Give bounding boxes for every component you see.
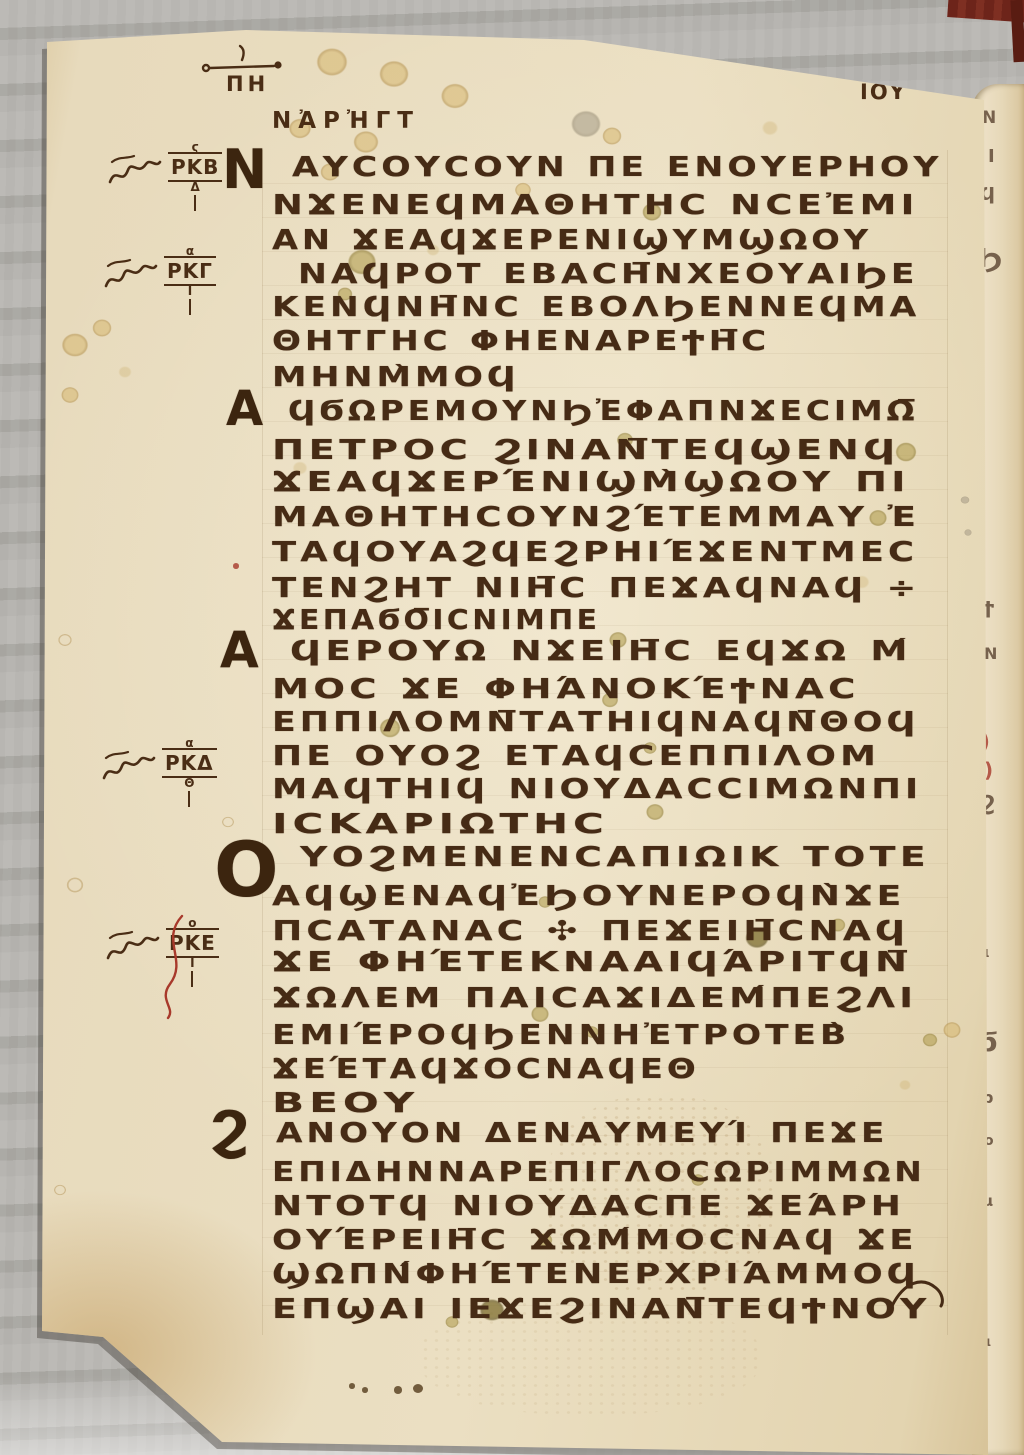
stain <box>394 1386 402 1393</box>
stain <box>57 329 93 361</box>
stain <box>52 1183 68 1197</box>
arabic-gloss-icon <box>100 746 158 792</box>
stain <box>349 1383 355 1388</box>
canon-letter-above: ϛ <box>168 142 222 152</box>
canon-letter-above: α <box>162 738 217 748</box>
manuscript-photo: ΝΙϤϦϮΝ))ϨιϬρομι ΠΗ ΝἈΡἨΓΤ ΙΟΥ ΝΑΑΟϨ ΑΥϹΟ… <box>0 0 1024 1455</box>
stain <box>374 56 414 92</box>
page-text-line: ΤΕΝϨΗΤ ΝΙΗ̅Ϲ ΠΕϪΑϤΝΑϤ ÷ <box>272 575 920 602</box>
stain <box>566 106 606 142</box>
note-tail <box>194 195 196 211</box>
stain <box>56 632 74 648</box>
section-number: αΡΚΔΘ <box>162 738 217 807</box>
page-text-line: ΚΕΝϤΝΗ̅ΝϹ ΕΒΟΛϦΕΝΝΕϤΜΑ <box>272 294 920 321</box>
margin-note: οΡΚΕΙ <box>104 918 219 987</box>
red-flourish-icon <box>152 912 192 1022</box>
page-text-line: ΕΠΙΔΗΝΝΑΡΕΠΙΓΛΟϹΩΡΙΜΜΩΝ <box>272 1159 926 1186</box>
note-tail <box>189 299 191 315</box>
page-text-line: ΜΑΘΗΤΗϹΟΥΝϨΈΤΕΜΜΑΥ Ἐ <box>272 504 920 531</box>
page-text-line: ΜΑϤΤΗΙϤ ΝΙΟΥΔΑϹϹΙΜΩΝΠΙ <box>272 776 922 803</box>
page-text-line: ΤΑϤΟΥΑϨϤΕϨΡΗΙΈϪΕΝΤΜΕϹ <box>272 539 918 566</box>
stain <box>413 1384 423 1393</box>
next-folio-glyph: Ι <box>988 148 995 166</box>
stain <box>759 118 781 138</box>
stain <box>311 43 353 81</box>
initial-letter: Ο <box>214 836 279 904</box>
page-text-line: ΕΠΠΙΛΟΜΝ̅ΤΑΤΗΙϤΝΑϤΝ̅ΘΟϤ <box>272 709 920 736</box>
stain <box>64 875 86 895</box>
page-text-line: ΑϤϢΕΝΑϤἘϦΟΥΝΕΡΟϤΝ̀ϪΕ <box>272 883 906 910</box>
page-text-line: ΕΜΙΈΡΟϤϦΕΝΝΗἘΤΡΟΤΕΒ̀ <box>272 1022 850 1049</box>
page-text-line: ϤΕΡΟΥΩ ΝϪΕΙΗ̅Ϲ ΕϤϪΩ Μ́ <box>290 638 912 665</box>
next-folio-glyph: Ν <box>984 646 997 662</box>
page-text-line: ΑΝΟΥΟΝ ΔΕΝΑΥΜΕΥΊ ΠΕϪΕ <box>276 1120 888 1147</box>
page-text-line: ΠΕ ΟΥΟϨ ΕΤΑϤϹΕΠΠΙΛΟΜ <box>272 743 880 770</box>
running-title: ΝἈΡἨΓΤ <box>272 110 420 133</box>
canon-letter-below: Δ <box>168 182 222 192</box>
page-text-line: ΕΠϢΑΙ ΙΕϪΕϨΙΝΑΝ̅ΤΕϤϮΝΟΥ <box>272 1296 931 1323</box>
manuscript-page: ΠΗ ΝἈΡἨΓΤ ΙΟΥ ΝΑΑΟϨ ΑΥϹΟΥϹΟΥΝ ΠΕ ΕΝΟΥΕΡΗ… <box>0 0 1024 1455</box>
stain <box>58 384 82 406</box>
page-text-line: ΝΑϤΡΟΤ ΕΒΑϹΗ̅ΝΧΕΟΥΑΙϦΕ <box>298 261 918 288</box>
initial-letter: Ϩ <box>210 1108 248 1155</box>
stain <box>599 124 625 147</box>
page-text-line: ΒΕΟΥ <box>272 1090 419 1117</box>
margin-note: ϛΡΚΒΔ <box>106 142 222 211</box>
note-tail <box>188 791 190 807</box>
page-text-line: ΑΝ ϪΕΑϤϪΕΡΕΝΙϢΥΜϢΩΟΥ <box>272 227 872 254</box>
initial-letter: Α <box>220 628 259 673</box>
line-end-flourish-icon <box>890 1274 948 1312</box>
page-text-line: ϪΕΈΤΑϤϪΟϹΝΑϤΕΘ <box>272 1056 700 1083</box>
page-text-line: ΜΟϹ ϪΕ ΦΗΆΝΟΚΈϮΝΑϹ <box>272 676 860 703</box>
page-text-line: ϪΕΑϤϪΕΡΈΝΙϢΜ̀ϢΩΟΥ ΠΙ <box>272 469 910 496</box>
page-text-line: ϢΩΠΝ́ΦΗΈΤΕΝΕΡΧΡΙΆΜΜΟϤ <box>272 1261 920 1288</box>
canon-letter-below: Ι <box>164 286 216 296</box>
margin-note: αΡΚΓΙ <box>102 246 216 315</box>
page-text-line: ϪΕ ΦΗΈΤΕΚΝΑΑΙϤΆΡΙΤϤΝ̅ <box>272 949 911 976</box>
initial-letter: Α <box>226 388 263 431</box>
initial-letter: Ν <box>222 146 267 195</box>
arabic-gloss-icon <box>102 254 160 300</box>
page-text-line: ΘΗΤΓΗϹ ΦΗΕΝΑΡΕϮΗ̅Ϲ <box>272 328 770 355</box>
page-text-line: ΝϪΕΝΕϤΜΑΘΗΤΗϹ ΝϹΕἘΜΙ <box>272 192 919 219</box>
page-text-line: ΑΥϹΟΥϹΟΥΝ ΠΕ ΕΝΟΥΕΡΗΟΥ <box>292 154 942 181</box>
canon-letter-below: Θ <box>162 778 217 788</box>
stain <box>963 528 973 537</box>
page-text-line: ΠΕΤΡΟϹ ϨΙΝΑΝ̅ΤΕϤϢΕΝϤ <box>272 437 900 464</box>
next-folio-glyph: Ν <box>982 110 996 127</box>
stain <box>959 495 971 506</box>
canon-letter-above: α <box>164 246 216 256</box>
stain <box>233 563 239 568</box>
page-text-line: ΜΗΝΜ̀ΜΟϤ <box>272 364 520 391</box>
arabic-gloss-icon <box>106 150 164 196</box>
page-text-line: ϪΕΠΑϬΟ̅ΙϹΝΙΜΠΕ <box>272 607 600 634</box>
page-text-line: ΠϹΑΤΑΝΑϹ ✣ ΠΕϪΕΙΗ̅ϹΝΑϤ <box>272 918 909 945</box>
page-text-line: ϪΩΛΕΜ ΠΑΙϹΑϪΙΔΕΜ́ΠΕϨΛΙ <box>272 985 917 1012</box>
stain <box>89 316 115 339</box>
section-label: ΡΚΓ <box>164 256 216 286</box>
section-label: ΡΚΒ <box>168 152 222 182</box>
margin-note: αΡΚΔΘ <box>100 738 217 807</box>
stain <box>362 1387 368 1392</box>
section-label: ΡΚΔ <box>162 748 217 778</box>
stain <box>116 364 134 380</box>
page-text-line: ΝΤΟΤϤ ΝΙΟΥΔΑϹΠΕ ϪΕΆΡΗ <box>272 1193 905 1220</box>
page-text-line: ΥΟϨΜΕΝΕΝϹΑΠΙΩΙΚ ΤΟΤΕ <box>300 844 930 871</box>
section-number: αΡΚΓΙ <box>164 246 216 315</box>
binding-edge <box>1010 0 1024 62</box>
quire-label: ΠΗ <box>226 74 269 95</box>
page-text-line: ΙϹΚΑΡΙΩΤΗϹ <box>272 811 609 838</box>
stain <box>436 79 474 113</box>
page-text-line: ϤϬΩΡΕΜΟΥΝϦἘΦΑΠΝϪΕϹΙΜΩ̅ <box>288 398 918 425</box>
page-text-line: ΟΥΈΡΕΙΗ̅Ϲ ϪΩΜ́ΜΟϹΝΑϤ ϪΕ <box>272 1227 918 1254</box>
section-number: ϛΡΚΒΔ <box>168 142 222 211</box>
